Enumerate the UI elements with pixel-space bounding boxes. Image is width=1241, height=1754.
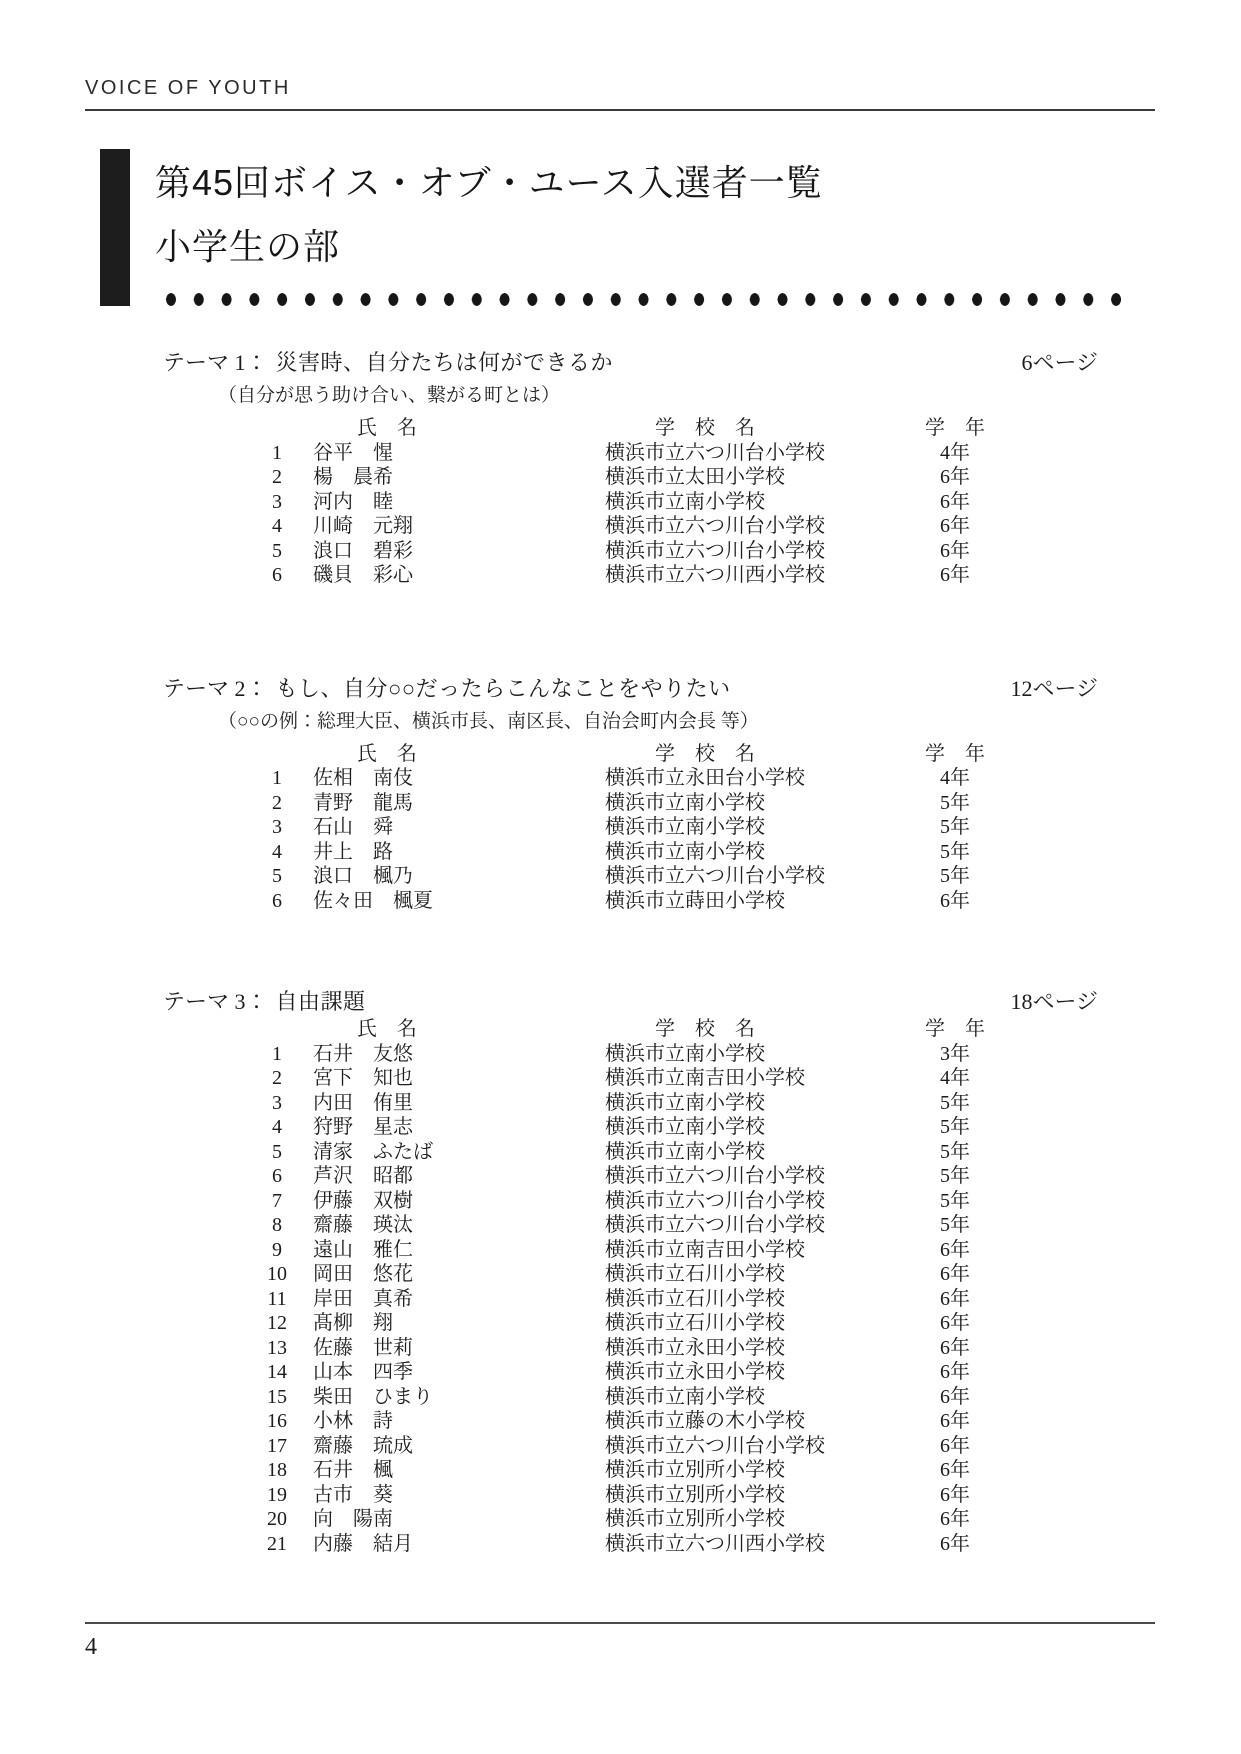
grade: 6年 — [905, 1385, 1005, 1410]
theme-2-page-ref: 12ページ — [1010, 674, 1098, 704]
page: VOICE OF YOUTH 第45回ボイス・オブ・ユース入選者一覧 小学生の部… — [0, 0, 1241, 1754]
row-number: 7 — [253, 1189, 301, 1214]
winner-name: 遠山 雅仁 — [301, 1238, 593, 1263]
table-header-row: 氏 名 学 校 名 学 年 — [85, 742, 1155, 767]
winner-name: 狩野 星志 — [301, 1115, 593, 1140]
table-row: 1 谷平 惺 横浜市立六つ川台小学校 4年 — [85, 441, 1155, 466]
table-row: 13 佐藤 世莉 横浜市立永田小学校 6年 — [85, 1336, 1155, 1361]
grade: 6年 — [905, 465, 1005, 490]
grade: 6年 — [905, 490, 1005, 515]
school-name: 横浜市立別所小学校 — [593, 1507, 905, 1532]
grade: 5年 — [905, 1140, 1005, 1165]
table-row: 15 柴田 ひまり 横浜市立南小学校 6年 — [85, 1385, 1155, 1410]
theme-3-winners-table: 氏 名 学 校 名 学 年 1 石井 友悠 横浜市立南小学校 3年 — [85, 1017, 1155, 1556]
row-number: 5 — [253, 864, 301, 889]
winner-name: 伊藤 双樹 — [301, 1189, 593, 1214]
row-number: 19 — [253, 1483, 301, 1508]
school-name: 横浜市立南吉田小学校 — [593, 1238, 905, 1263]
school-name: 横浜市立六つ川西小学校 — [593, 1532, 905, 1557]
table-row: 1 佐相 南伎 横浜市立永田台小学校 4年 — [85, 766, 1155, 791]
grade: 5年 — [905, 840, 1005, 865]
row-number: 14 — [253, 1360, 301, 1385]
table-row: 19 古市 葵 横浜市立別所小学校 6年 — [85, 1483, 1155, 1508]
row-number: 6 — [253, 563, 301, 588]
winner-name: 佐相 南伎 — [301, 766, 593, 791]
table-row: 21 内藤 結月 横浜市立六つ川西小学校 6年 — [85, 1532, 1155, 1557]
theme-2-winners-table: 氏 名 学 校 名 学 年 1 佐相 南伎 横浜市立永田台小学校 4年 — [85, 742, 1155, 914]
title-block: 第45回ボイス・オブ・ユース入選者一覧 小学生の部 — [100, 149, 1155, 306]
column-header-school: 学 校 名 — [593, 1017, 905, 1042]
school-name: 横浜市立六つ川台小学校 — [593, 514, 905, 539]
table-row: 8 齋藤 瑛汰 横浜市立六つ川台小学校 5年 — [85, 1213, 1155, 1238]
winner-name: 内藤 結月 — [301, 1532, 593, 1557]
theme-2-section: テーマ 2： もし、自分○○だったらこんなことをやりたい 12ページ （○○の例… — [85, 674, 1155, 914]
winner-name: 佐々田 楓夏 — [301, 889, 593, 914]
grade: 3年 — [905, 1042, 1005, 1067]
winner-name: 石井 楓 — [301, 1458, 593, 1483]
column-header-name: 氏 名 — [301, 742, 593, 767]
grade: 5年 — [905, 1213, 1005, 1238]
theme-1-subtitle: （自分が思う助け合い、繋がる町とは） — [218, 384, 1155, 408]
winner-name: 岸田 真希 — [301, 1287, 593, 1312]
row-number: 10 — [253, 1262, 301, 1287]
footer-rule — [85, 1622, 1155, 1624]
grade: 4年 — [905, 441, 1005, 466]
table-row: 6 磯貝 彩心 横浜市立六つ川西小学校 6年 — [85, 563, 1155, 588]
row-number: 2 — [253, 1066, 301, 1091]
theme-1-title: 災害時、自分たちは何ができるか — [276, 348, 614, 378]
table-row: 5 浪口 碧彩 横浜市立六つ川台小学校 6年 — [85, 539, 1155, 564]
school-name: 横浜市立六つ川西小学校 — [593, 563, 905, 588]
grade: 4年 — [905, 1066, 1005, 1091]
winner-name: 井上 路 — [301, 840, 593, 865]
title-accent-bar — [100, 149, 130, 306]
school-name: 横浜市立南小学校 — [593, 1042, 905, 1067]
winner-name: 宮下 知也 — [301, 1066, 593, 1091]
header-rule — [85, 109, 1155, 111]
winner-name: 河内 睦 — [301, 490, 593, 515]
winner-name: 磯貝 彩心 — [301, 563, 593, 588]
winner-name: 川崎 元翔 — [301, 514, 593, 539]
theme-1-page-ref: 6ページ — [1021, 348, 1098, 378]
row-number: 2 — [253, 791, 301, 816]
row-number: 16 — [253, 1409, 301, 1434]
school-name: 横浜市立六つ川台小学校 — [593, 1213, 905, 1238]
page-number: 4 — [85, 1632, 1155, 1662]
page-footer: 4 — [85, 1622, 1155, 1662]
table-row: 5 清家 ふたば 横浜市立南小学校 5年 — [85, 1140, 1155, 1165]
page-title-line-1: 第45回ボイス・オブ・ユース入選者一覧 — [155, 163, 1155, 203]
table-header-row: 氏 名 学 校 名 学 年 — [85, 1017, 1155, 1042]
grade: 5年 — [905, 864, 1005, 889]
school-name: 横浜市立永田台小学校 — [593, 766, 905, 791]
theme-2-subtitle: （○○の例：総理大臣、横浜市長、南区長、自治会町内会長 等） — [218, 710, 1155, 734]
column-header-grade: 学 年 — [905, 742, 1005, 767]
table-row: 5 浪口 楓乃 横浜市立六つ川台小学校 5年 — [85, 864, 1155, 889]
grade: 5年 — [905, 1115, 1005, 1140]
grade: 4年 — [905, 766, 1005, 791]
winner-name: 小林 詩 — [301, 1409, 593, 1434]
dotted-divider — [165, 293, 1135, 306]
school-name: 横浜市立南小学校 — [593, 1091, 905, 1116]
theme-3-label: テーマ 3： — [163, 987, 268, 1017]
table-row: 16 小林 詩 横浜市立藤の木小学校 6年 — [85, 1409, 1155, 1434]
grade: 5年 — [905, 815, 1005, 840]
school-name: 横浜市立永田小学校 — [593, 1360, 905, 1385]
grade: 6年 — [905, 1360, 1005, 1385]
school-name: 横浜市立六つ川台小学校 — [593, 539, 905, 564]
page-title-line-2: 小学生の部 — [155, 227, 1155, 267]
school-name: 横浜市立六つ川台小学校 — [593, 1434, 905, 1459]
winner-name: 芦沢 昭都 — [301, 1164, 593, 1189]
table-header-row: 氏 名 学 校 名 学 年 — [85, 416, 1155, 441]
row-number: 4 — [253, 840, 301, 865]
grade: 5年 — [905, 1091, 1005, 1116]
grade: 6年 — [905, 1483, 1005, 1508]
row-number: 1 — [253, 1042, 301, 1067]
column-header-name: 氏 名 — [301, 416, 593, 441]
row-number: 3 — [253, 1091, 301, 1116]
winner-name: 石山 舜 — [301, 815, 593, 840]
table-row: 1 石井 友悠 横浜市立南小学校 3年 — [85, 1042, 1155, 1067]
table-row: 2 宮下 知也 横浜市立南吉田小学校 4年 — [85, 1066, 1155, 1091]
school-name: 横浜市立六つ川台小学校 — [593, 1189, 905, 1214]
table-row: 6 佐々田 楓夏 横浜市立蒔田小学校 6年 — [85, 889, 1155, 914]
winner-name: 内田 侑里 — [301, 1091, 593, 1116]
table-row: 6 芦沢 昭都 横浜市立六つ川台小学校 5年 — [85, 1164, 1155, 1189]
grade: 6年 — [905, 1238, 1005, 1263]
theme-3-section: テーマ 3： 自由課題 18ページ 氏 名 学 校 名 学 年 1 — [85, 987, 1155, 1556]
row-number: 2 — [253, 465, 301, 490]
column-header-school: 学 校 名 — [593, 742, 905, 767]
grade: 6年 — [905, 1507, 1005, 1532]
row-number: 4 — [253, 1115, 301, 1140]
theme-3-title: 自由課題 — [276, 987, 366, 1017]
grade: 5年 — [905, 1189, 1005, 1214]
winner-name: 齋藤 琉成 — [301, 1434, 593, 1459]
running-head: VOICE OF YOUTH — [85, 76, 1155, 100]
school-name: 横浜市立南吉田小学校 — [593, 1066, 905, 1091]
column-header-name: 氏 名 — [301, 1017, 593, 1042]
grade: 6年 — [905, 1434, 1005, 1459]
column-header-school: 学 校 名 — [593, 416, 905, 441]
school-name: 横浜市立南小学校 — [593, 1385, 905, 1410]
table-row: 4 狩野 星志 横浜市立南小学校 5年 — [85, 1115, 1155, 1140]
grade: 5年 — [905, 1164, 1005, 1189]
school-name: 横浜市立別所小学校 — [593, 1458, 905, 1483]
grade: 6年 — [905, 1262, 1005, 1287]
theme-1-section: テーマ 1： 災害時、自分たちは何ができるか 6ページ （自分が思う助け合い、繋… — [85, 348, 1155, 588]
school-name: 横浜市立六つ川台小学校 — [593, 864, 905, 889]
row-number: 4 — [253, 514, 301, 539]
school-name: 横浜市立六つ川台小学校 — [593, 1164, 905, 1189]
table-row: 3 石山 舜 横浜市立南小学校 5年 — [85, 815, 1155, 840]
table-row: 4 川崎 元翔 横浜市立六つ川台小学校 6年 — [85, 514, 1155, 539]
theme-2-label: テーマ 2： — [163, 674, 268, 704]
winner-name: 柴田 ひまり — [301, 1385, 593, 1410]
winner-name: 谷平 惺 — [301, 441, 593, 466]
row-number: 15 — [253, 1385, 301, 1410]
school-name: 横浜市立別所小学校 — [593, 1483, 905, 1508]
row-number: 18 — [253, 1458, 301, 1483]
row-number: 20 — [253, 1507, 301, 1532]
school-name: 横浜市立南小学校 — [593, 1140, 905, 1165]
table-row: 7 伊藤 双樹 横浜市立六つ川台小学校 5年 — [85, 1189, 1155, 1214]
grade: 6年 — [905, 1311, 1005, 1336]
table-row: 12 髙柳 翔 横浜市立石川小学校 6年 — [85, 1311, 1155, 1336]
grade: 6年 — [905, 1287, 1005, 1312]
row-number: 8 — [253, 1213, 301, 1238]
table-row: 18 石井 楓 横浜市立別所小学校 6年 — [85, 1458, 1155, 1483]
row-number: 9 — [253, 1238, 301, 1263]
theme-2-title: もし、自分○○だったらこんなことをやりたい — [276, 674, 731, 704]
row-number: 6 — [253, 1164, 301, 1189]
table-row: 2 楊 晨希 横浜市立太田小学校 6年 — [85, 465, 1155, 490]
table-row: 14 山本 四季 横浜市立永田小学校 6年 — [85, 1360, 1155, 1385]
grade: 6年 — [905, 889, 1005, 914]
winner-name: 浪口 碧彩 — [301, 539, 593, 564]
winner-name: 山本 四季 — [301, 1360, 593, 1385]
row-number: 1 — [253, 441, 301, 466]
row-number: 6 — [253, 889, 301, 914]
grade: 6年 — [905, 1409, 1005, 1434]
theme-1-winners-table: 氏 名 学 校 名 学 年 1 谷平 惺 横浜市立六つ川台小学校 4年 — [85, 416, 1155, 588]
row-number: 21 — [253, 1532, 301, 1557]
row-number: 5 — [253, 539, 301, 564]
school-name: 横浜市立南小学校 — [593, 1115, 905, 1140]
school-name: 横浜市立南小学校 — [593, 791, 905, 816]
winner-name: 岡田 悠花 — [301, 1262, 593, 1287]
school-name: 横浜市立蒔田小学校 — [593, 889, 905, 914]
row-number: 1 — [253, 766, 301, 791]
winner-name: 髙柳 翔 — [301, 1311, 593, 1336]
winner-name: 佐藤 世莉 — [301, 1336, 593, 1361]
school-name: 横浜市立太田小学校 — [593, 465, 905, 490]
grade: 6年 — [905, 1532, 1005, 1557]
row-number: 5 — [253, 1140, 301, 1165]
school-name: 横浜市立南小学校 — [593, 490, 905, 515]
winner-name: 古市 葵 — [301, 1483, 593, 1508]
winner-name: 向 陽南 — [301, 1507, 593, 1532]
row-number: 11 — [253, 1287, 301, 1312]
winner-name: 石井 友悠 — [301, 1042, 593, 1067]
winner-name: 浪口 楓乃 — [301, 864, 593, 889]
column-header-grade: 学 年 — [905, 416, 1005, 441]
winner-name: 清家 ふたば — [301, 1140, 593, 1165]
school-name: 横浜市立石川小学校 — [593, 1287, 905, 1312]
grade: 6年 — [905, 514, 1005, 539]
school-name: 横浜市立南小学校 — [593, 840, 905, 865]
table-row: 2 青野 龍馬 横浜市立南小学校 5年 — [85, 791, 1155, 816]
grade: 6年 — [905, 1458, 1005, 1483]
table-row: 10 岡田 悠花 横浜市立石川小学校 6年 — [85, 1262, 1155, 1287]
winner-name: 齋藤 瑛汰 — [301, 1213, 593, 1238]
row-number: 3 — [253, 815, 301, 840]
table-row: 17 齋藤 琉成 横浜市立六つ川台小学校 6年 — [85, 1434, 1155, 1459]
table-row: 11 岸田 真希 横浜市立石川小学校 6年 — [85, 1287, 1155, 1312]
table-row: 9 遠山 雅仁 横浜市立南吉田小学校 6年 — [85, 1238, 1155, 1263]
theme-1-label: テーマ 1： — [163, 348, 268, 378]
grade: 5年 — [905, 791, 1005, 816]
winner-name: 青野 龍馬 — [301, 791, 593, 816]
column-header-grade: 学 年 — [905, 1017, 1005, 1042]
school-name: 横浜市立六つ川台小学校 — [593, 441, 905, 466]
winner-name: 楊 晨希 — [301, 465, 593, 490]
grade: 6年 — [905, 539, 1005, 564]
school-name: 横浜市立石川小学校 — [593, 1262, 905, 1287]
table-row: 4 井上 路 横浜市立南小学校 5年 — [85, 840, 1155, 865]
row-number: 17 — [253, 1434, 301, 1459]
row-number: 12 — [253, 1311, 301, 1336]
school-name: 横浜市立藤の木小学校 — [593, 1409, 905, 1434]
school-name: 横浜市立石川小学校 — [593, 1311, 905, 1336]
row-number: 13 — [253, 1336, 301, 1361]
table-row: 3 河内 睦 横浜市立南小学校 6年 — [85, 490, 1155, 515]
school-name: 横浜市立永田小学校 — [593, 1336, 905, 1361]
theme-3-page-ref: 18ページ — [1010, 987, 1098, 1017]
row-number: 3 — [253, 490, 301, 515]
grade: 6年 — [905, 563, 1005, 588]
table-row: 3 内田 侑里 横浜市立南小学校 5年 — [85, 1091, 1155, 1116]
table-row: 20 向 陽南 横浜市立別所小学校 6年 — [85, 1507, 1155, 1532]
grade: 6年 — [905, 1336, 1005, 1361]
school-name: 横浜市立南小学校 — [593, 815, 905, 840]
